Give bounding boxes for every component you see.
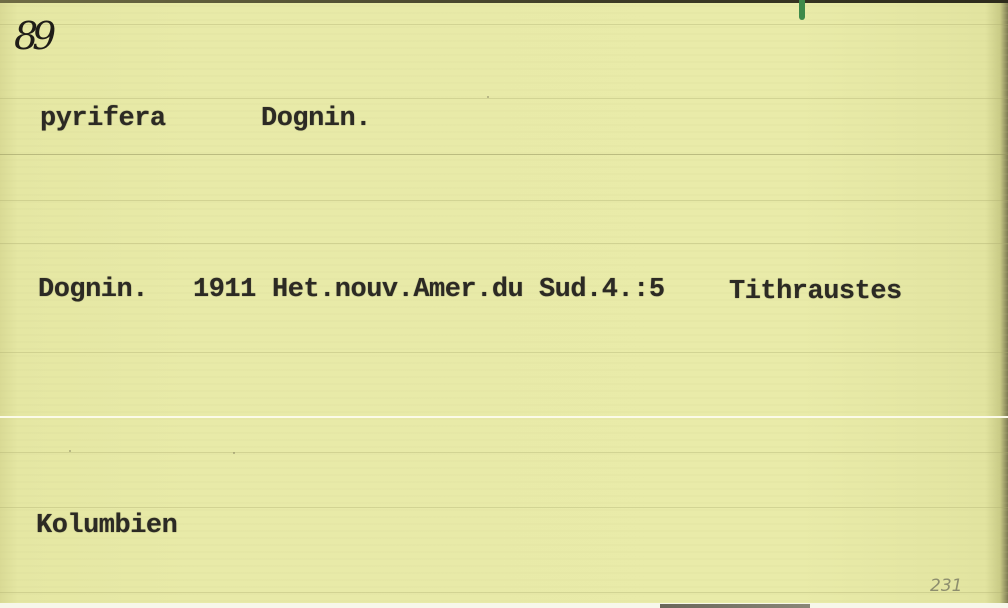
paper-speck bbox=[487, 96, 489, 98]
citation-genus: Tithraustes bbox=[729, 277, 902, 307]
card-top-edge bbox=[0, 0, 1008, 3]
species-author: Dognin. bbox=[261, 104, 371, 134]
citation-author: Dognin. bbox=[38, 275, 148, 305]
ruled-line bbox=[0, 98, 1008, 99]
citation-year: 1911 bbox=[193, 275, 256, 305]
ruled-line bbox=[0, 24, 1008, 25]
locality: Kolumbien bbox=[36, 511, 177, 541]
pencil-note: 231 bbox=[930, 576, 962, 596]
ruled-line bbox=[0, 352, 1008, 353]
divider-line bbox=[0, 416, 1008, 418]
species-name: pyrifera bbox=[40, 104, 166, 134]
card-bottom-edge bbox=[0, 603, 1008, 608]
paper-speck bbox=[69, 450, 71, 452]
green-tab-marker bbox=[799, 0, 805, 20]
ruled-line bbox=[0, 243, 1008, 244]
card-number: 89 bbox=[14, 14, 50, 58]
ruled-line bbox=[0, 507, 1008, 508]
index-card: 89 pyrifera Dognin. Dognin. 1911 Het.nou… bbox=[0, 0, 1008, 608]
citation-publication: Het.nouv.Amer.du Sud.4.:5 bbox=[272, 275, 665, 305]
ruled-line bbox=[0, 200, 1008, 201]
ruled-line bbox=[0, 154, 1008, 155]
card-bottom-shadow bbox=[660, 604, 810, 608]
ruled-line bbox=[0, 452, 1008, 453]
paper-speck bbox=[233, 452, 235, 454]
ruled-line bbox=[0, 592, 1008, 593]
